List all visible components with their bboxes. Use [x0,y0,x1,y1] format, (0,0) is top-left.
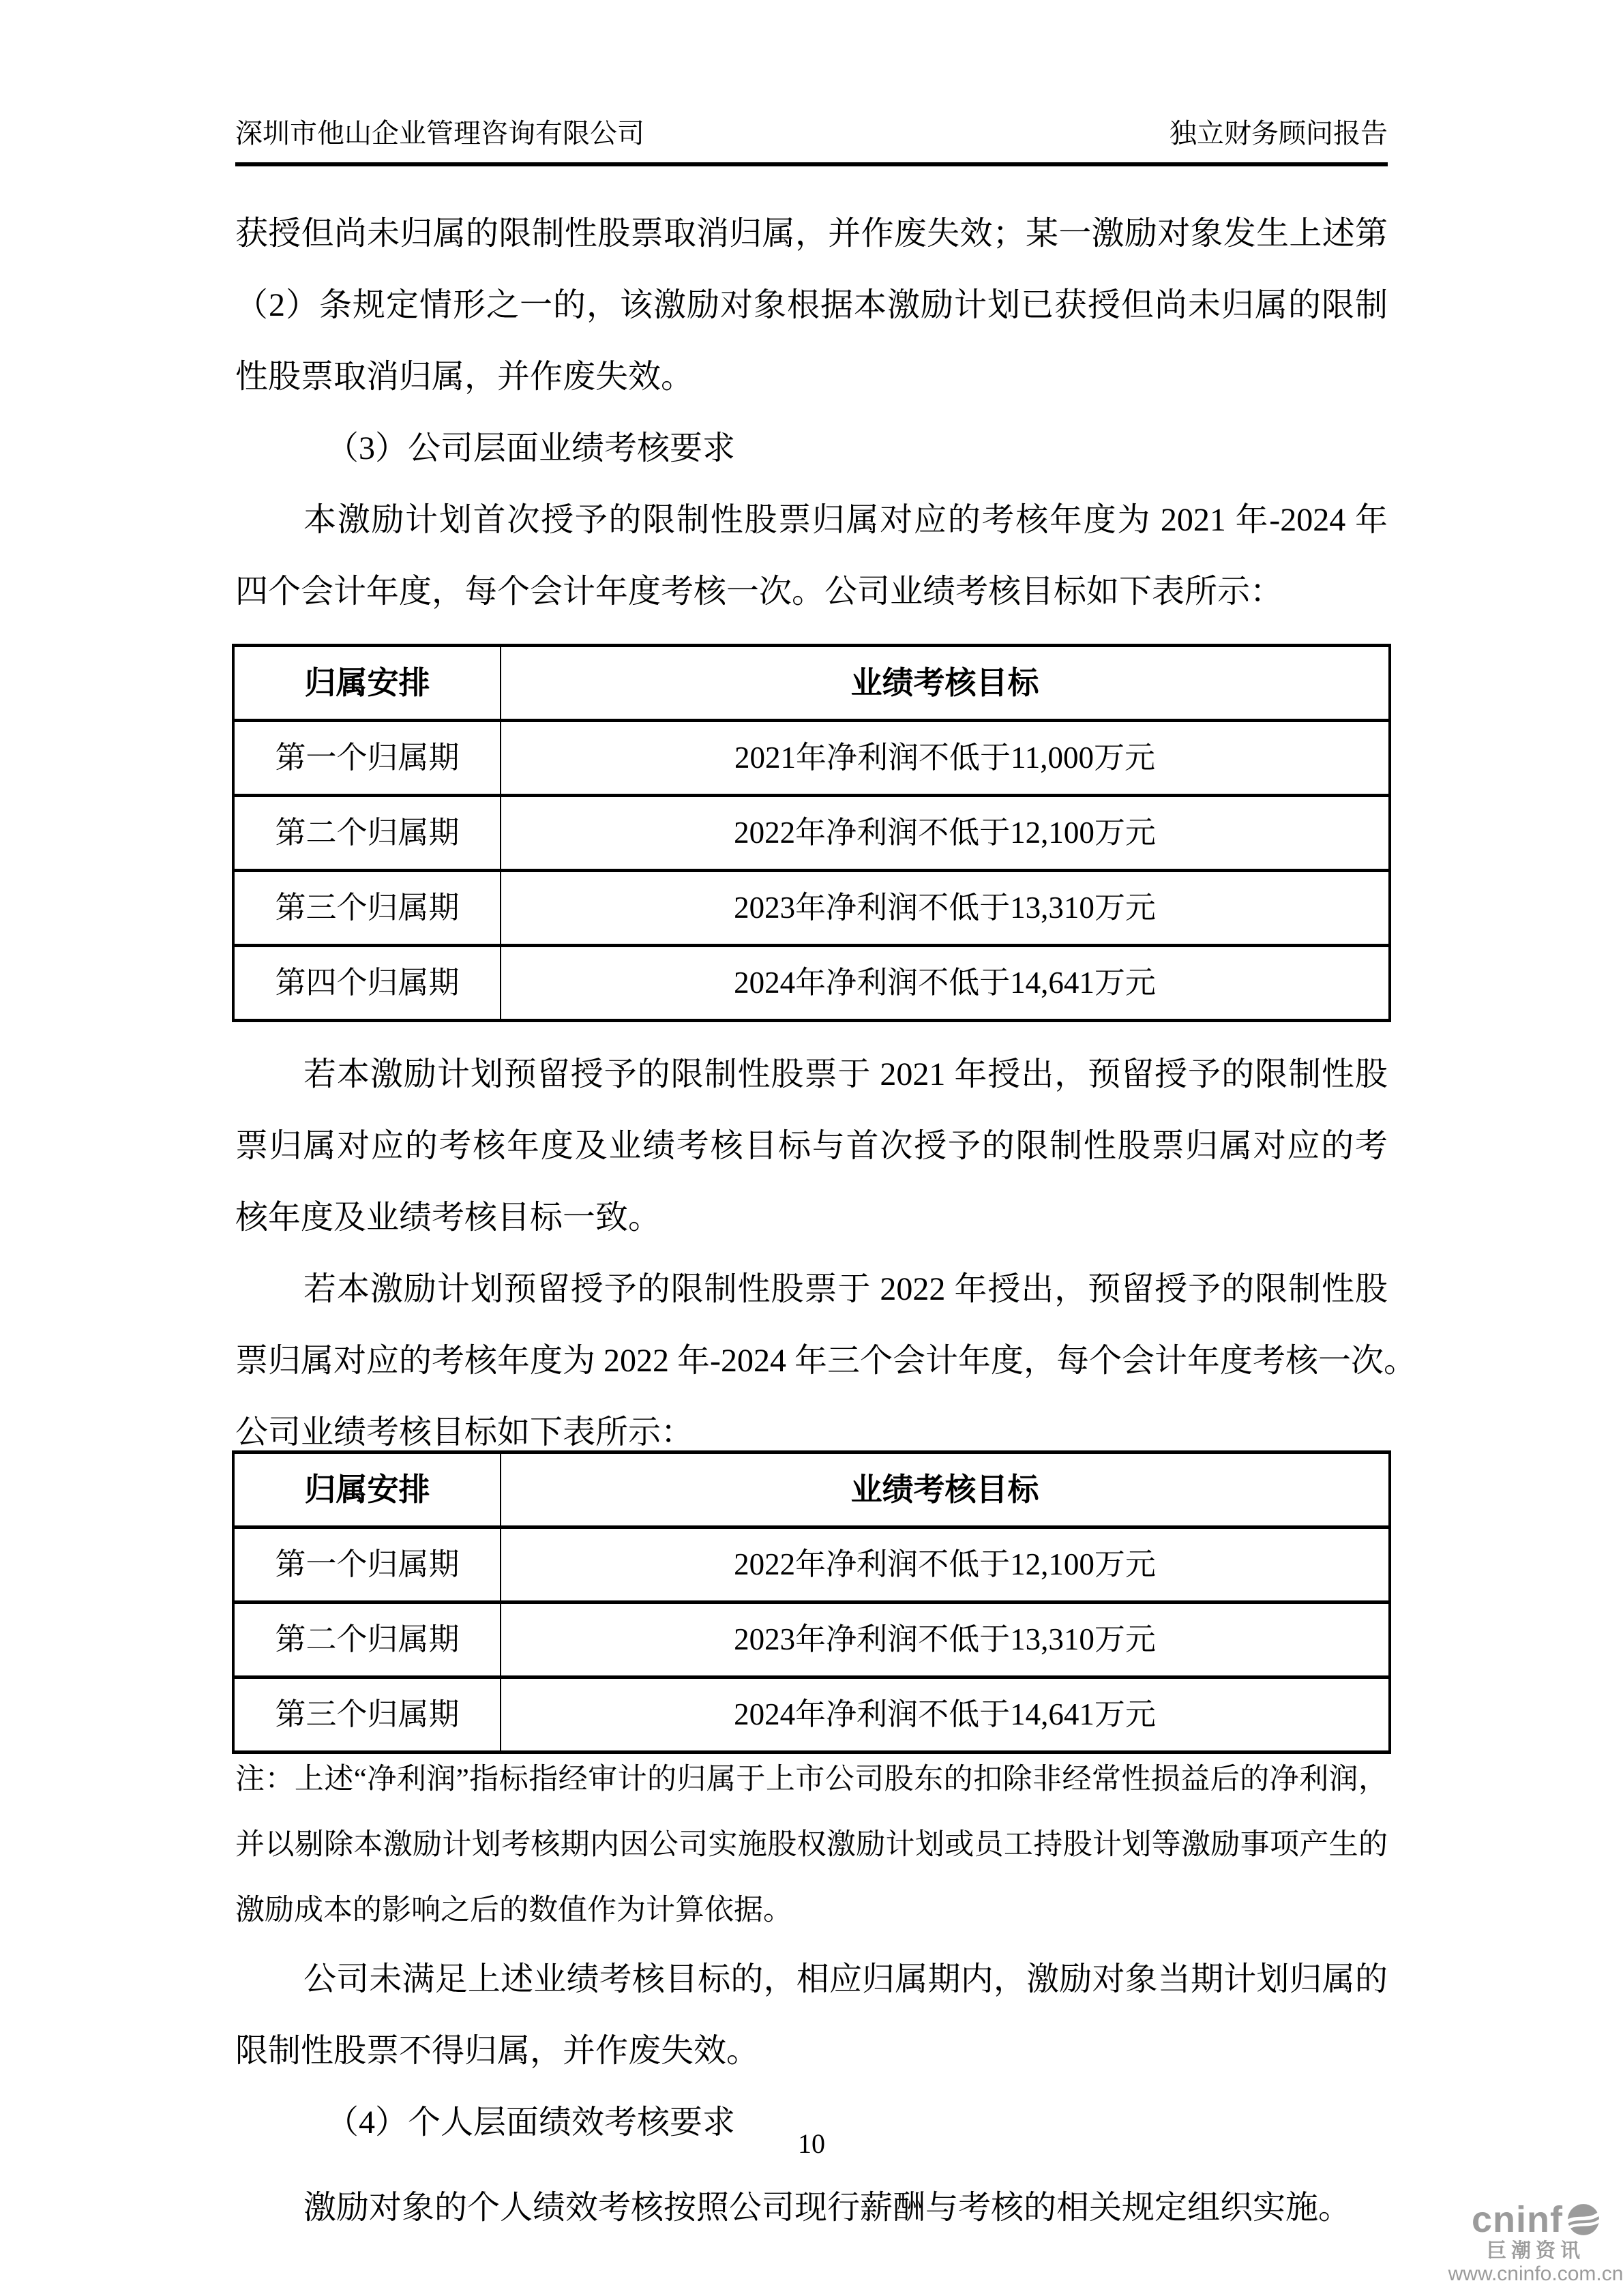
paragraph-line: 若本激励计划预留授予的限制性股票于 2021 年授出，预留授予的限制性股 [235,1039,1388,1110]
paragraph-line: 限制性股票不得归属，并作废失效。 [235,2015,1388,2087]
cninfo-logo-row: cninf [1472,2201,1600,2238]
paragraph-line: 若本激励计划预留授予的限制性股票于 2022 年授出，预留授予的限制性股 [235,1253,1388,1325]
page-number: 10 [0,2129,1623,2159]
table-row: 第三个归属期 2023年净利润不低于13,310万元 [233,871,1390,946]
table-cell-target: 2023年净利润不低于13,310万元 [501,871,1390,946]
footnote-line: 并以剔除本激励计划考核期内因公司实施股权激励计划或员工持股计划等激励事项产生的 [235,1813,1388,1878]
table-row: 第二个归属期 2023年净利润不低于13,310万元 [233,1602,1390,1678]
paragraph-first-grant: 本激励计划首次授予的限制性股票归属对应的考核年度为 2021 年-2024 年 … [235,484,1388,627]
paragraph-reserved-2022: 若本激励计划预留授予的限制性股票于 2022 年授出，预留授予的限制性股 票归属… [235,1253,1388,1468]
table-cell-period: 第四个归属期 [233,946,501,1021]
section-heading-company-assessment: （3）公司层面业绩考核要求 [235,413,1388,484]
table-row: 第二个归属期 2022年净利润不低于12,100万元 [233,796,1390,871]
paragraph-line: 票归属对应的考核年度及业绩考核目标与首次授予的限制性股票归属对应的考 [235,1110,1388,1182]
cninfo-logo: cninf 巨潮资讯 www.cninfo.com.cn [1454,2201,1618,2286]
cninfo-url: www.cninfo.com.cn [1448,2263,1623,2286]
table-header-row: 归属安排 业绩考核目标 [233,646,1390,721]
cninfo-globe-swirl-icon [1567,2203,1600,2236]
paragraph-line: 票归属对应的考核年度为 2022 年-2024 年三个会计年度，每个会计年度考核… [235,1325,1388,1397]
table-cell-target: 2022年净利润不低于12,100万元 [501,796,1390,871]
paragraph-line: 性股票取消归属，并作废失效。 [235,341,1388,413]
table-cell-target: 2024年净利润不低于14,641万元 [501,946,1390,1021]
table-header-cell-target: 业绩考核目标 [501,646,1390,721]
footnote-line: 注：上述“净利润”指标指经审计的归属于上市公司股东的扣除非经常性损益后的净利润， [235,1747,1388,1813]
paragraph-individual: 激励对象的个人绩效考核按照公司现行薪酬与考核的相关规定组织实施。 [235,2172,1388,2243]
table-cell-period: 第一个归属期 [233,721,501,796]
table-cell-period: 第一个归属期 [233,1527,501,1602]
paragraph-line: 本激励计划首次授予的限制性股票归属对应的考核年度为 2021 年-2024 年 [235,484,1388,556]
paragraph-line: （2）条规定情形之一的，该激励对象根据本激励计划已获授但尚未归属的限制 [235,269,1388,341]
header-company-name: 深圳市他山企业管理咨询有限公司 [235,115,644,153]
table-cell-target: 2022年净利润不低于12,100万元 [501,1527,1390,1602]
table-row: 第四个归属期 2024年净利润不低于14,641万元 [233,946,1390,1021]
document-body: 获授但尚未归属的限制性股票取消归属，并作废失效；某一激励对象发生上述第 （2）条… [235,198,1388,2243]
paragraph-reserved-2021: 若本激励计划预留授予的限制性股票于 2021 年授出，预留授予的限制性股 票归属… [235,1039,1388,1253]
table-row: 第三个归属期 2024年净利润不低于14,641万元 [233,1678,1390,1753]
table-cell-period: 第二个归属期 [233,1602,501,1678]
paragraph-not-met: 公司未满足上述业绩考核目标的，相应归属期内，激励对象当期计划归属的 限制性股票不… [235,1943,1388,2087]
header-report-title: 独立财务顾问报告 [1170,115,1388,153]
table-header-cell-period: 归属安排 [233,646,501,721]
paragraph-line: 激励对象的个人绩效考核按照公司现行薪酬与考核的相关规定组织实施。 [235,2172,1388,2243]
table-row: 第一个归属期 2021年净利润不低于11,000万元 [233,721,1390,796]
cninfo-brand-cn: 巨潮资讯 [1487,2239,1585,2263]
table-footnote: 注：上述“净利润”指标指经审计的归属于上市公司股东的扣除非经常性损益后的净利润，… [235,1747,1388,1943]
table-cell-target: 2023年净利润不低于13,310万元 [501,1602,1390,1678]
paragraph-line: 获授但尚未归属的限制性股票取消归属，并作废失效；某一激励对象发生上述第 [235,198,1388,269]
table-cell-period: 第二个归属期 [233,796,501,871]
page-header: 深圳市他山企业管理咨询有限公司 独立财务顾问报告 [235,115,1388,166]
paragraph-continuation: 获授但尚未归属的限制性股票取消归属，并作废失效；某一激励对象发生上述第 （2）条… [235,198,1388,413]
performance-table-first-grant: 归属安排 业绩考核目标 第一个归属期 2021年净利润不低于11,000万元 第… [232,644,1391,1022]
performance-table-reserved-grant: 归属安排 业绩考核目标 第一个归属期 2022年净利润不低于12,100万元 第… [232,1450,1391,1754]
table-cell-period: 第三个归属期 [233,1678,501,1753]
paragraph-line: 公司未满足上述业绩考核目标的，相应归属期内，激励对象当期计划归属的 [235,1943,1388,2015]
table-cell-period: 第三个归属期 [233,871,501,946]
table-header-row: 归属安排 业绩考核目标 [233,1452,1390,1527]
table-cell-target: 2024年净利润不低于14,641万元 [501,1678,1390,1753]
paragraph-line: 核年度及业绩考核目标一致。 [235,1182,1388,1253]
cninfo-brand-text: cninf [1472,2201,1563,2238]
paragraph-line: 四个会计年度，每个会计年度考核一次。公司业绩考核目标如下表所示： [235,556,1388,627]
document-page: 深圳市他山企业管理咨询有限公司 独立财务顾问报告 获授但尚未归属的限制性股票取消… [0,0,1623,2296]
table-row: 第一个归属期 2022年净利润不低于12,100万元 [233,1527,1390,1602]
footnote-line: 激励成本的影响之后的数值作为计算依据。 [235,1878,1388,1943]
table-cell-target: 2021年净利润不低于11,000万元 [501,721,1390,796]
